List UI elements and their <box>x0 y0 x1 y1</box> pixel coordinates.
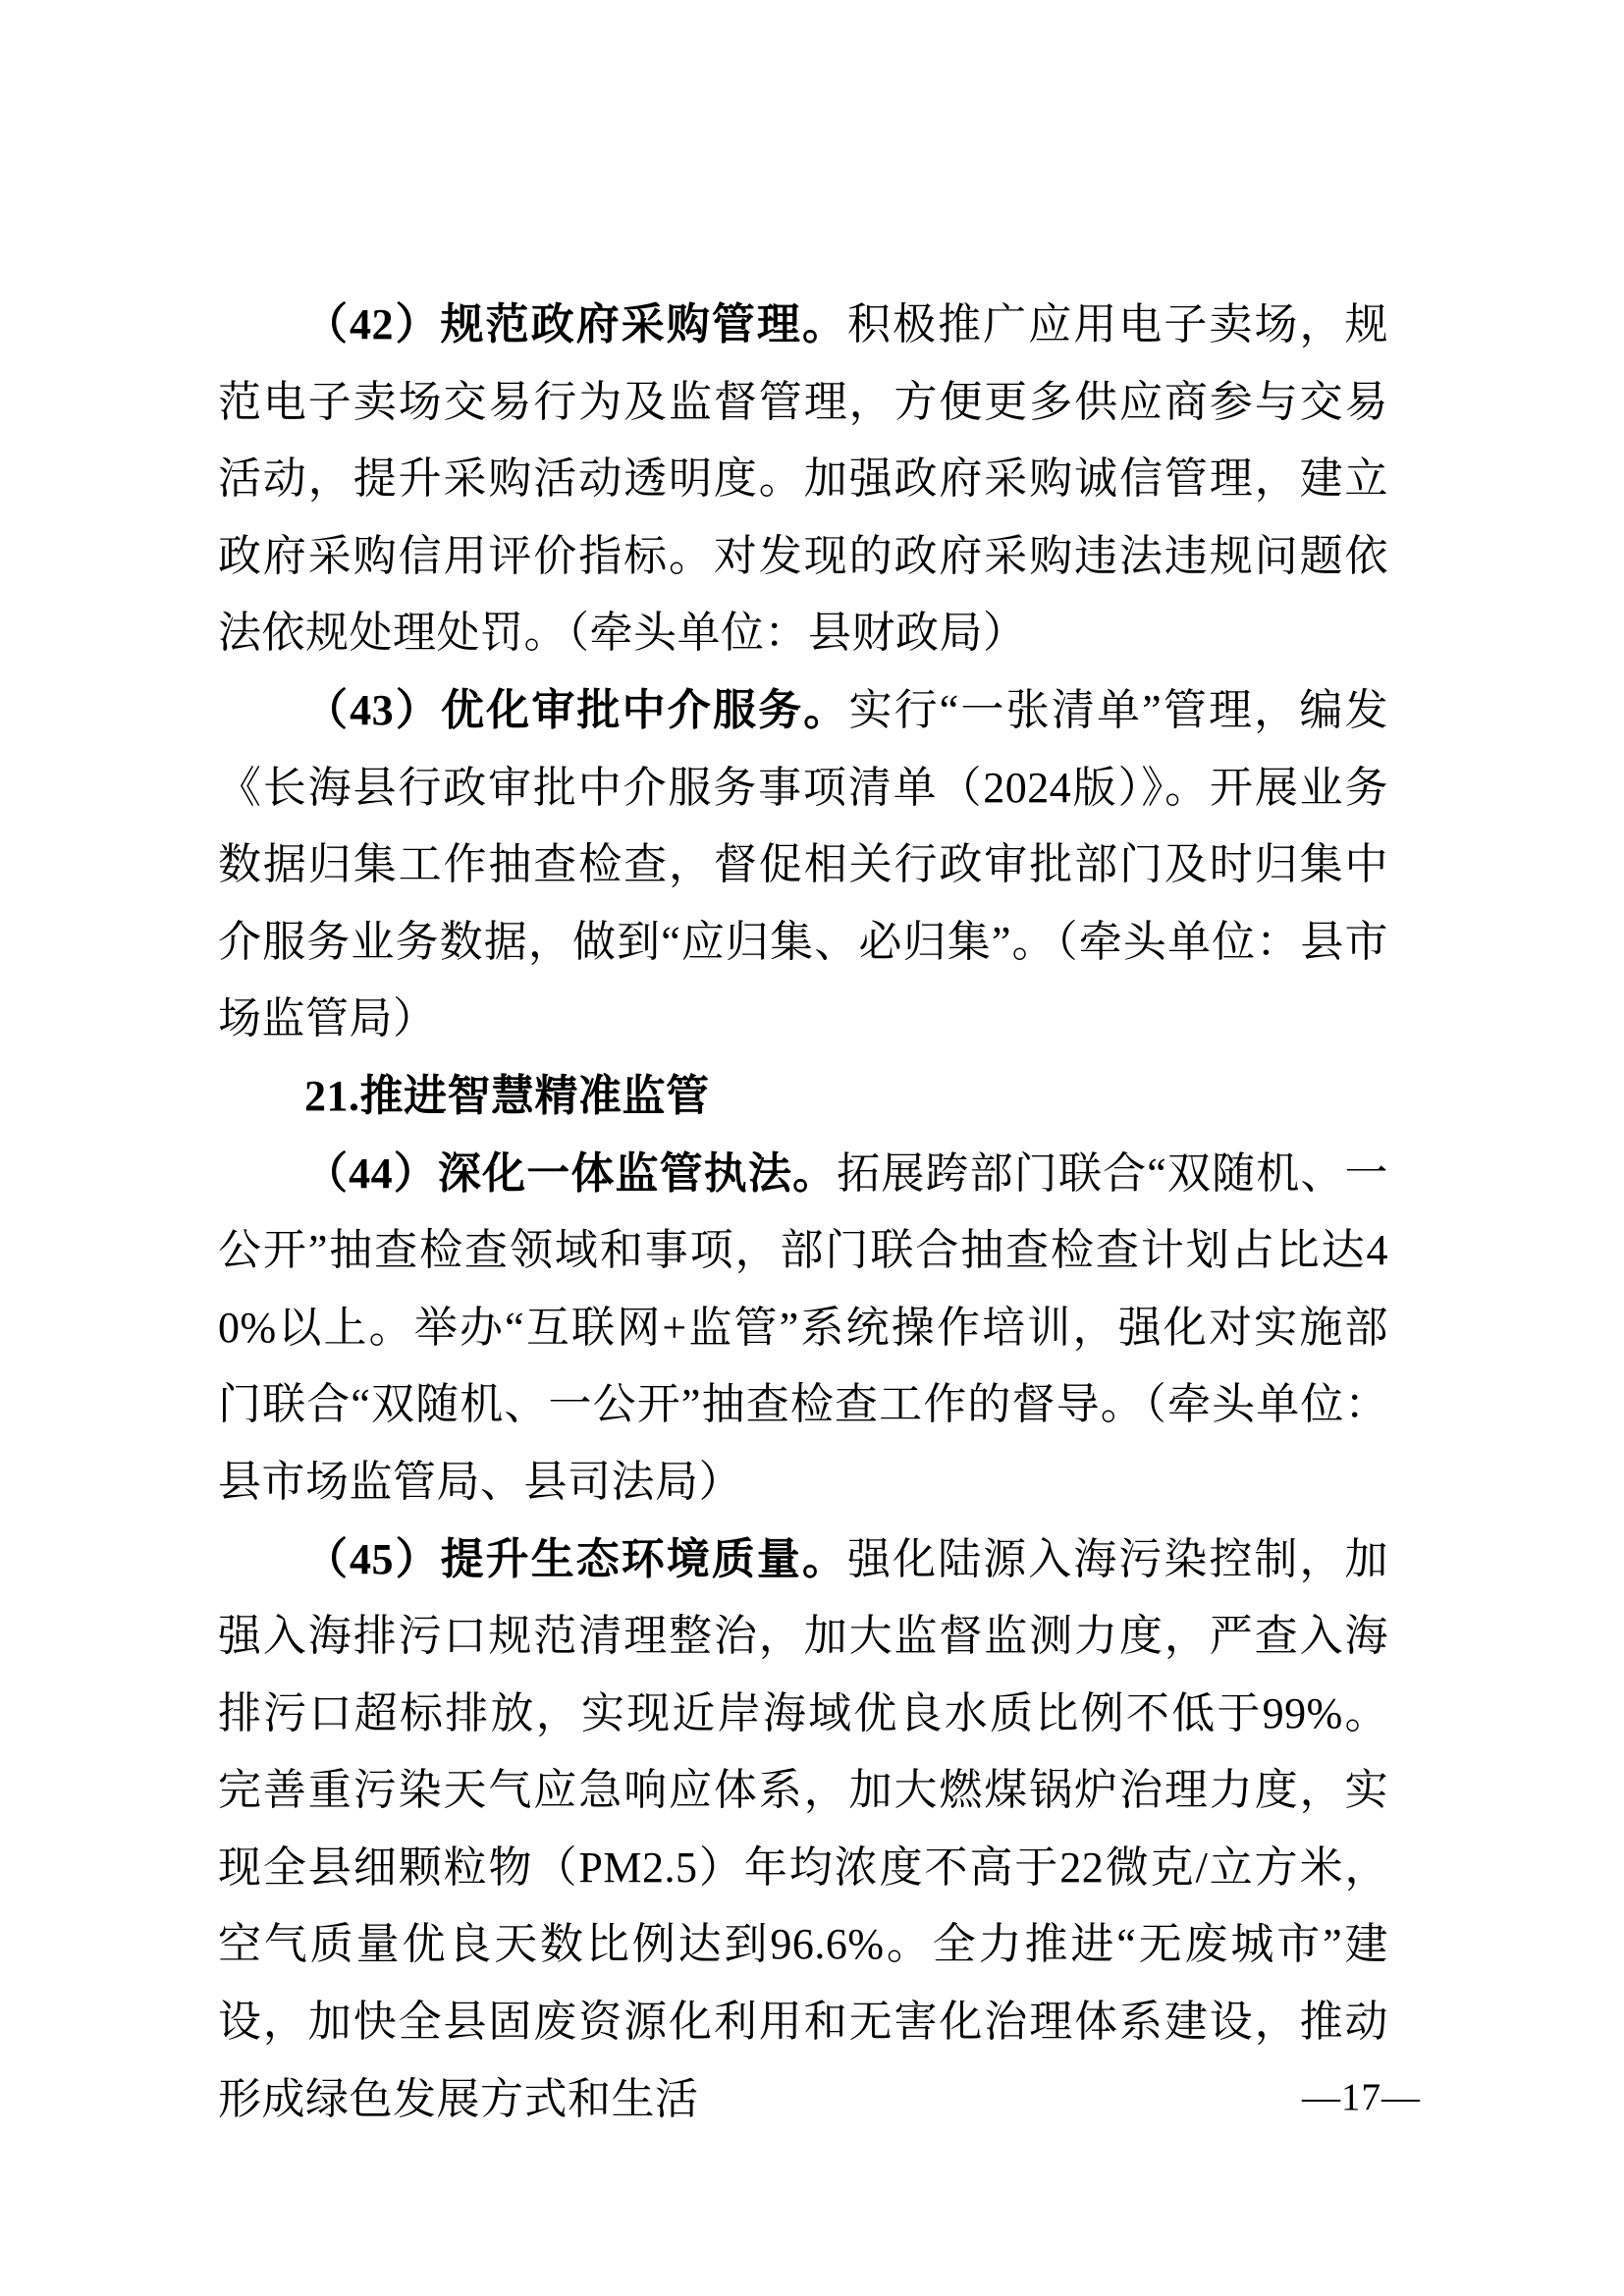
clause-42-text: 积极推广应用电子卖场，规范电子卖场交易行为及监督管理，方便更多供应商参与交易活动… <box>218 300 1388 657</box>
clause-43-lead: （43）优化审批中介服务。 <box>304 686 848 734</box>
document-page: （42）规范政府采购管理。积极推广应用电子卖场，规范电子卖场交易行为及监督管理，… <box>0 0 1624 2296</box>
clause-42-paragraph: （42）规范政府采购管理。积极推广应用电子卖场，规范电子卖场交易行为及监督管理，… <box>218 287 1388 672</box>
section-21-heading: 21.推进智慧精准监管 <box>218 1058 1388 1136</box>
clause-45-lead: （45）提升生态环境质量。 <box>304 1535 847 1583</box>
clause-43-text: 实行“一张清单”管理，编发《长海县行政审批中介服务事项清单（2024版）》。开展… <box>218 686 1388 1042</box>
clause-44-text: 拓展跨部门联合“双随机、一公开”抽查检查领域和事项，部门联合抽查检查计划占比达4… <box>218 1149 1388 1506</box>
clause-45-text: 强化陆源入海污染控制，加强入海排污口规范清理整治，加大监督监测力度，严查入海排污… <box>218 1535 1388 2123</box>
clause-45-paragraph: （45）提升生态环境质量。强化陆源入海污染控制，加强入海排污口规范清理整治，加大… <box>218 1522 1388 2139</box>
page-number: —17— <box>1302 2075 1421 2120</box>
clause-44-lead: （44）深化一体监管执法。 <box>304 1149 837 1198</box>
clause-44-paragraph: （44）深化一体监管执法。拓展跨部门联合“双随机、一公开”抽查检查领域和事项，部… <box>218 1136 1388 1522</box>
clause-42-lead: （42）规范政府采购管理。 <box>304 300 847 348</box>
clause-43-paragraph: （43）优化审批中介服务。实行“一张清单”管理，编发《长海县行政审批中介服务事项… <box>218 672 1388 1058</box>
document-body: （42）规范政府采购管理。积极推广应用电子卖场，规范电子卖场交易行为及监督管理，… <box>218 287 1388 2138</box>
